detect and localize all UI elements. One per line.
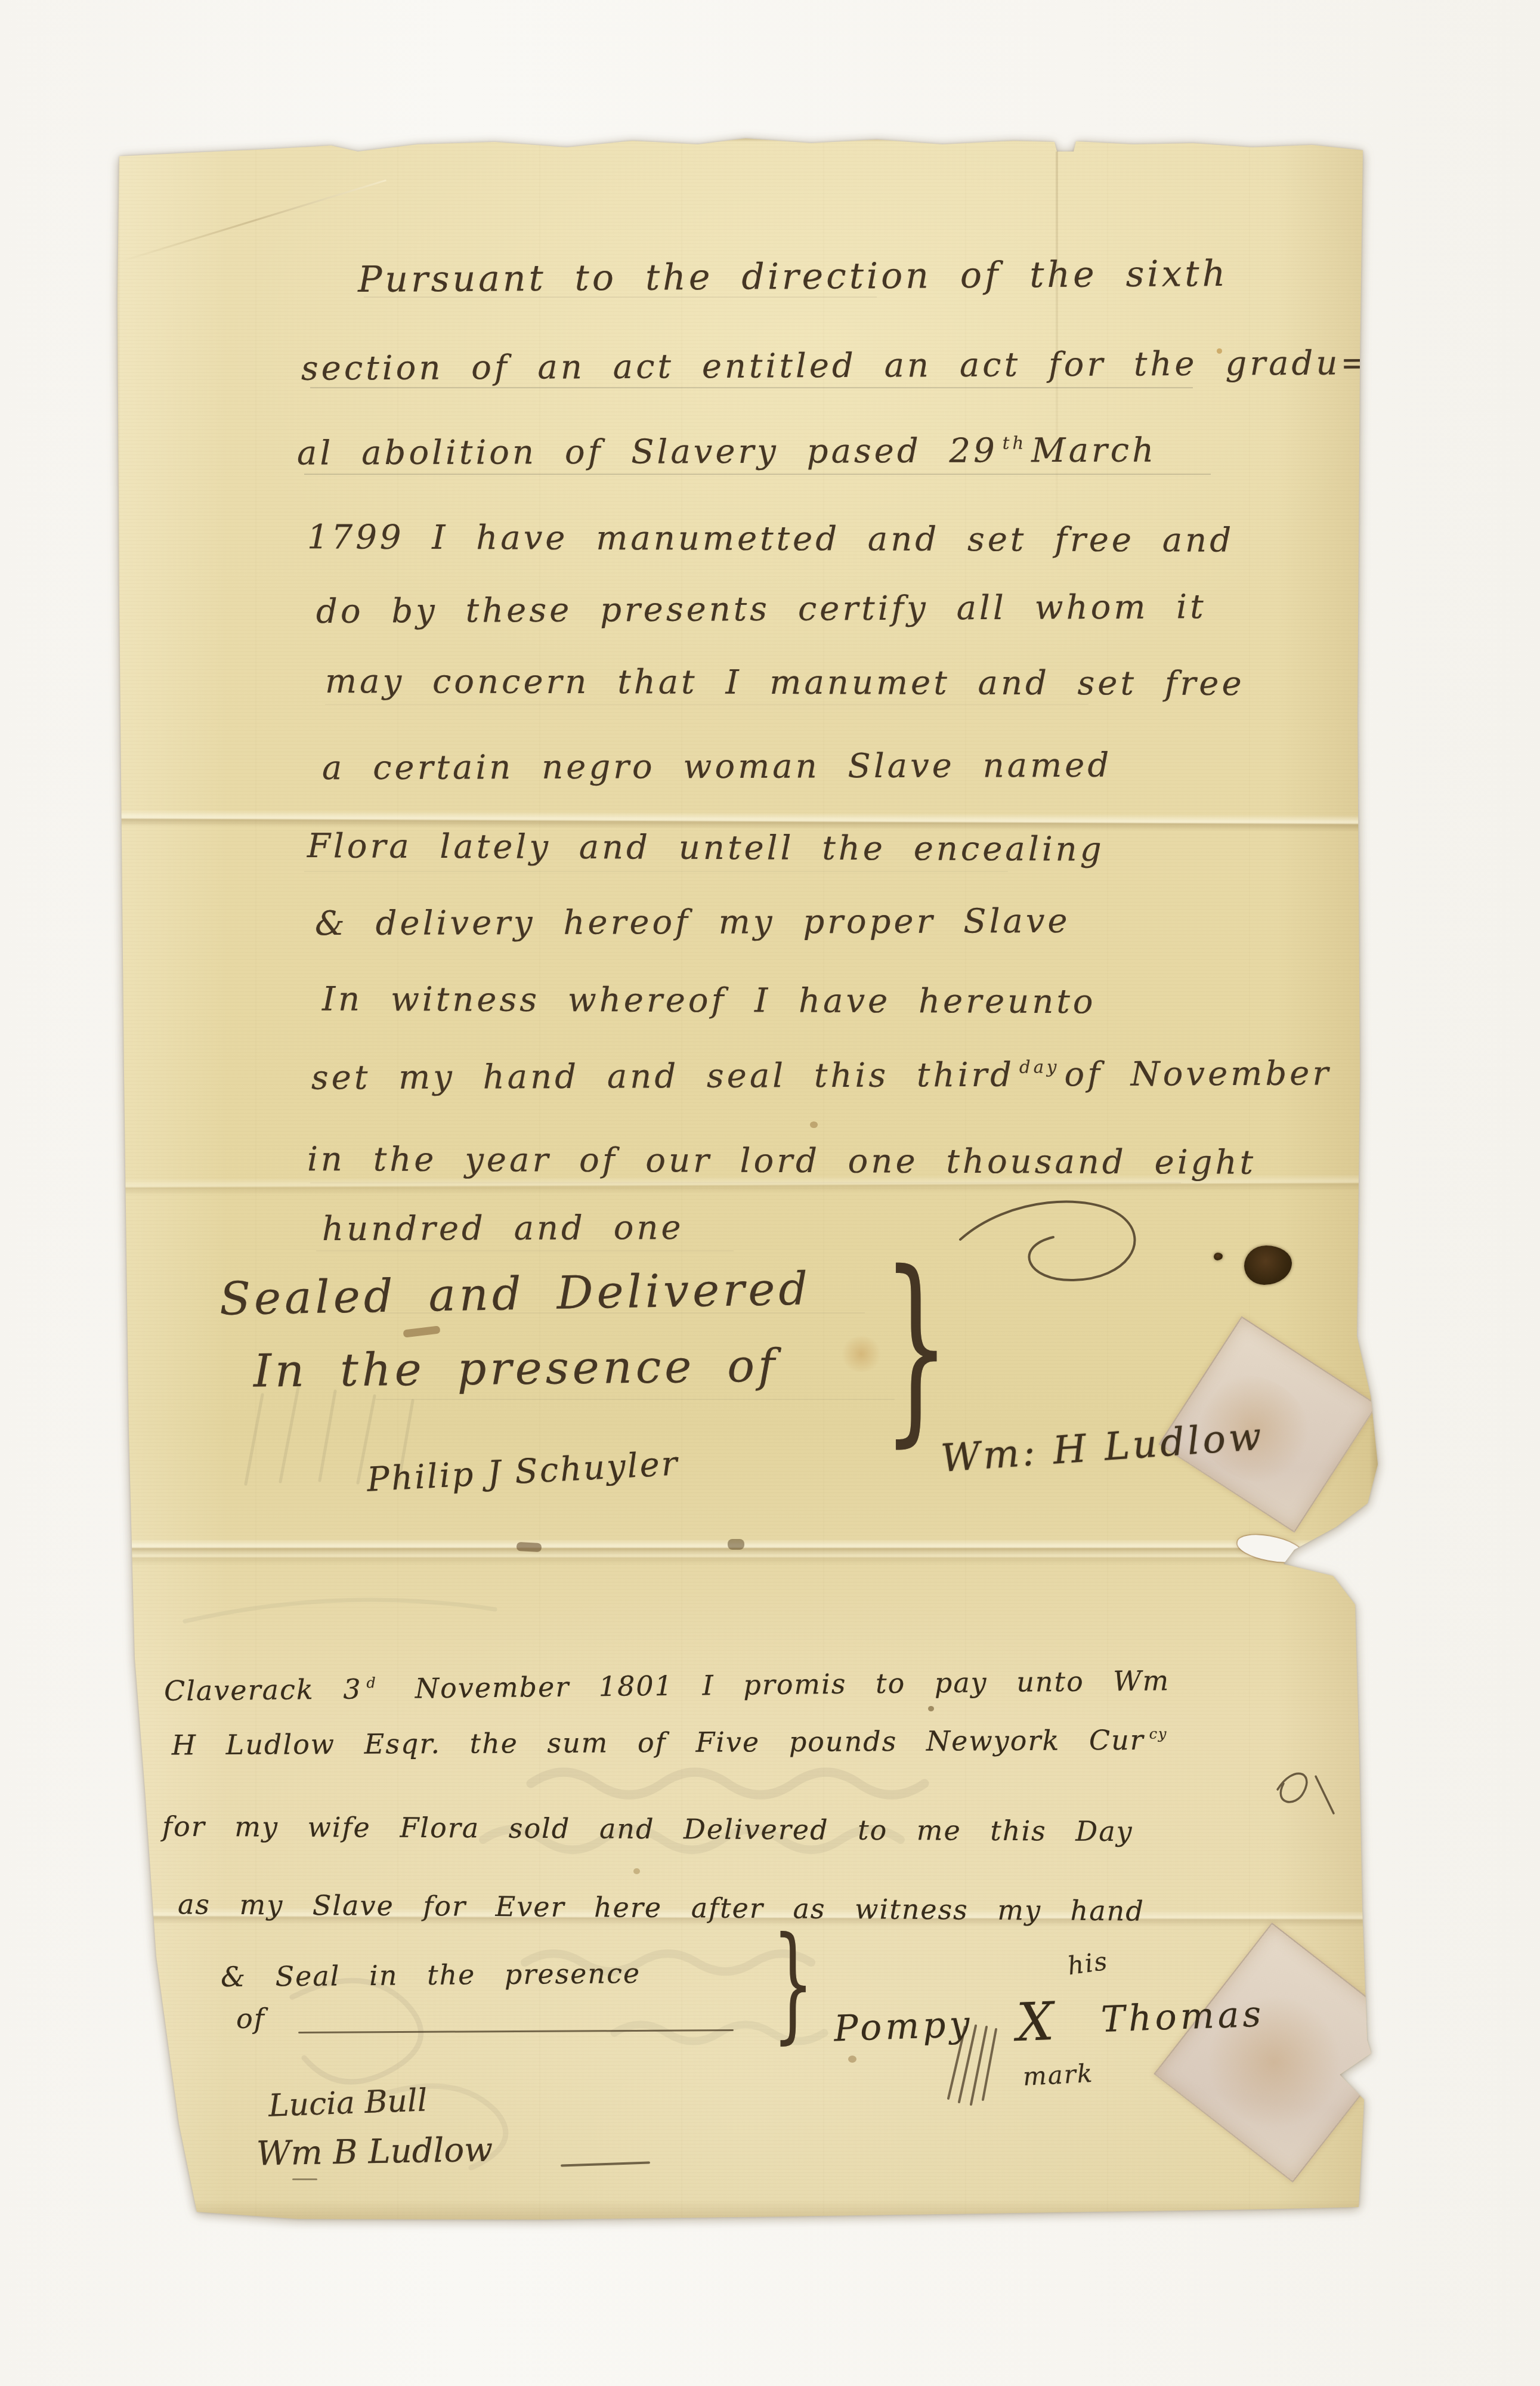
manumission-line-3: al abolition of Slavery pased 29thMarch <box>297 431 1156 472</box>
crease-smudge <box>728 1539 744 1550</box>
manumission-line-12: in the year of our lord one thousand eig… <box>307 1141 1256 1182</box>
note-line-4: as my Slave for Ever here after as witne… <box>178 1889 1145 1927</box>
paper-bottom-edge <box>113 2200 1378 2220</box>
wm-abbreviation-tick <box>292 2178 317 2180</box>
signature-flourish-dash <box>561 2161 650 2166</box>
fox-spot <box>633 1868 640 1874</box>
curly-brace-lower: } <box>772 1927 814 2039</box>
presence-line: In the presence of <box>253 1339 779 1397</box>
his-label: his <box>1066 1946 1110 1980</box>
manumission-line-4: 1799 I have manumetted and set free and <box>307 518 1234 560</box>
crease-smudge <box>517 1542 542 1552</box>
note-line-6: of <box>236 2003 265 2035</box>
ink-blot-stain <box>1244 1245 1292 1285</box>
paper-left-edge <box>113 136 120 2220</box>
note-line-3: for my wife Flora sold and Delivered to … <box>162 1811 1133 1847</box>
paper-right-edge <box>1369 136 1378 2220</box>
currency-flourish <box>1278 1773 1334 1813</box>
pen-flourish <box>960 1201 1134 1280</box>
manumission-line-8: Flora lately and untell the encealing <box>307 827 1105 869</box>
signature-wm-b-ludlow: Wm B Ludlow <box>256 2134 493 2171</box>
mark-label: mark <box>1022 2059 1094 2091</box>
manumission-line-2: section of an act entitled an act for th… <box>301 344 1372 388</box>
guide-line <box>310 1182 1181 1183</box>
note-line-5: & Seal in the presence <box>221 1958 641 1993</box>
manumission-line-9: & delivery hereof my proper Slave <box>315 903 1071 944</box>
guide-line <box>376 1399 895 1400</box>
scanned-document-page: Pursuant to the direction of the sixth s… <box>0 0 1540 2386</box>
curly-brace-upper: } <box>883 1256 950 1438</box>
fox-spot <box>840 1336 883 1372</box>
tear-hole <box>1235 1531 1305 1566</box>
fox-spot <box>403 1325 440 1337</box>
maker-name-first: Pompy <box>833 2003 974 2050</box>
superscript-cy: cy <box>1149 1726 1168 1743</box>
fox-spot <box>928 1706 934 1711</box>
superscript-th: th <box>1003 433 1027 453</box>
manumission-line-11: set my hand and seal this thirddayof Nov… <box>311 1055 1331 1098</box>
guide-line <box>325 704 1088 705</box>
manumission-line-10: In witness whereof I have hereunto <box>322 981 1096 1022</box>
paper-shadow-wrap: Pursuant to the direction of the sixth s… <box>0 0 1540 2386</box>
manumission-line-13: hundred and one <box>322 1209 684 1249</box>
sealed-delivered-line: Sealed and Delivered <box>219 1262 811 1325</box>
signature-lucia-bull: Lucia Bull <box>268 2085 428 2121</box>
guide-line <box>304 871 1008 872</box>
corner-crease <box>118 180 386 263</box>
fold-crease <box>113 1539 1378 1556</box>
ink-speck <box>1214 1253 1223 1260</box>
fox-spot <box>810 1121 818 1128</box>
note-line-1: Claverack 3dNovember 1801 I promis to pa… <box>164 1665 1170 1707</box>
note-line-2: H Ludlow Esqr. the sum of Five pounds Ne… <box>172 1724 1173 1761</box>
x-mark: X <box>1016 1991 1059 2053</box>
fold-crease <box>113 1549 1378 1565</box>
manumission-paper-sheet: Pursuant to the direction of the sixth s… <box>113 136 1378 2220</box>
manumission-line-1: Pursuant to the direction of the sixth <box>358 254 1229 301</box>
manumission-line-7: a certain negro woman Slave named <box>322 747 1112 788</box>
manumission-line-5: do by these presents certify all whom it <box>316 588 1207 631</box>
maker-name-last: Thomas <box>1100 1993 1266 2041</box>
manumission-line-6: may concern that I manumet and set free <box>325 663 1245 703</box>
paper-top-edge <box>113 136 1378 142</box>
guide-line <box>316 1250 734 1251</box>
signature-philip-schuyler: Philip J Schuyler <box>366 1447 680 1497</box>
guide-line <box>304 474 1211 475</box>
superscript-day: day <box>1019 1057 1060 1077</box>
repair-patch-lower <box>1154 1923 1411 2183</box>
blank-line-rule <box>298 2029 734 2033</box>
superscript-d: d <box>366 1675 377 1692</box>
